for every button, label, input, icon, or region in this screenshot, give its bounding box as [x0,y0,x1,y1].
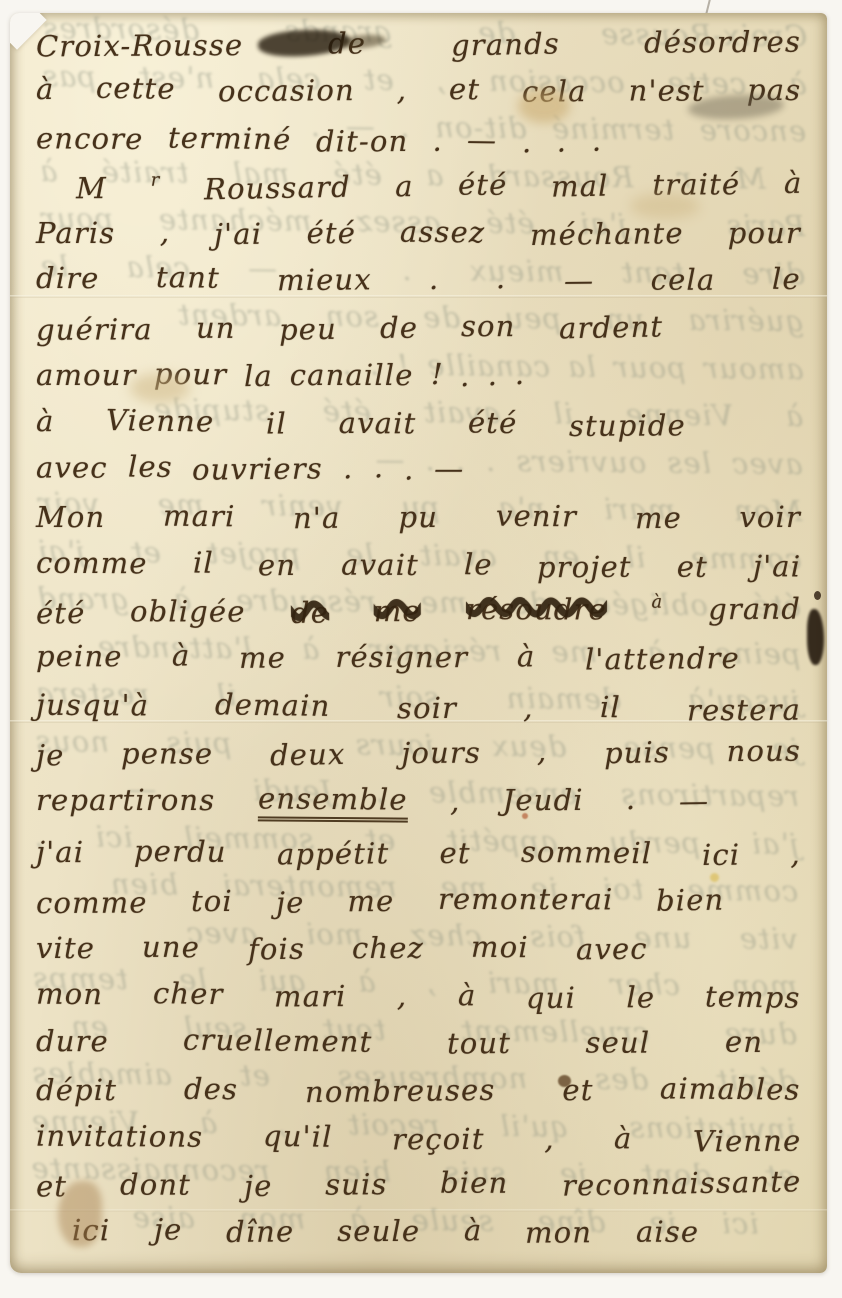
text-run: , [523,690,534,724]
text-run: je [275,885,304,920]
text-run: qui [526,981,576,1015]
text-run: le [463,547,492,581]
text-run: bien [656,882,725,917]
text-run: j'ai [753,549,802,584]
text-run: , [791,836,801,870]
text-run: mon [525,1215,592,1250]
text-run: pu [398,500,438,534]
ink-spot [522,813,528,819]
text-run: cela [651,263,716,297]
text-run: dit-on [316,124,409,159]
text-run: . [460,359,471,393]
foxing-spot [710,873,719,882]
text-run: ouvriers [192,452,323,487]
text-run: Vienne [106,403,215,439]
text-run: aise [636,1214,699,1248]
foxing-stain [130,373,190,403]
text-run: cette [96,71,176,106]
text-run: , [450,784,461,818]
text-run: et [439,836,470,870]
text-run: à [614,1121,633,1155]
text-run: encore [36,121,144,156]
letter-line: icijedîneseuleàmonaise [72,1213,699,1249]
text-run: je [244,1169,273,1204]
letter-line: jusqu'àdemainsoir,ilrestera [36,687,801,726]
text-run: . [557,124,568,158]
text-run: à [457,978,476,1012]
text-run: cher [153,976,224,1011]
letter-line: àcetteoccasion,etcelan'estpas [36,72,801,108]
text-run: — [434,452,464,486]
text-run: dire [36,261,100,295]
text-run: a [395,169,414,203]
text-run: suis [325,1168,388,1202]
text-run: des [184,1072,238,1106]
text-run: . [429,262,439,296]
text-run: terminé [168,120,292,156]
text-run: . [522,125,533,159]
text-run: aimables [660,1071,801,1106]
text-run: grand [708,592,801,627]
text-run: ardent [559,309,664,345]
text-run: me [347,884,394,918]
text-run: appétit [277,836,390,871]
text-run: été [468,406,518,441]
text-run: repartirons [36,783,215,817]
text-run: me [374,594,421,628]
text-run: il [266,407,287,441]
text-run: . [432,123,443,157]
text-run: — [563,264,593,298]
text-run: assez [400,215,486,250]
text-run: dépit [36,1073,117,1107]
text-run: été [36,596,86,630]
text-run: , [397,979,408,1013]
text-run: nous [726,734,801,768]
text-run: je [153,1212,182,1246]
text-run: . [591,123,602,157]
letter-line: Paris,j'aiétéassezméchantepour [36,216,801,250]
text-run: mari [163,498,236,533]
letter-line: viteunefoischezmoiavec [36,931,648,965]
text-run: deux [269,737,345,772]
letter-line: amourpourlacanaille!... [36,358,526,392]
letter-line: peineàmerésigneràl'attendre [36,640,740,676]
text-run: je [36,738,65,772]
text-run: avait [341,547,419,581]
letter-line: etdontjesuisbienreconnaissante [36,1165,801,1204]
text-run: de [380,310,418,344]
text-run: pour [728,216,801,250]
text-run: Paris [36,216,115,250]
text-run: peine [36,640,123,674]
edge-ink-stain [814,591,821,600]
letter-line: guériraunpeudesonardent [36,309,663,347]
text-run: à [463,1213,482,1247]
text-run: ensemble [258,782,408,823]
text-run: à [36,72,55,106]
text-run: demain [215,687,331,723]
text-run: . [343,452,353,486]
letter-line: Croix-Roussedegrandsdésordres [36,25,801,64]
text-run: me [239,641,286,675]
text-run: en [258,548,296,582]
text-run: projet [537,550,632,585]
text-run: avec [36,451,108,485]
text-run: jours [401,736,481,770]
text-run: à [651,592,663,613]
text-run: pense [121,736,213,770]
text-run: , [544,1122,555,1156]
text-run: . [373,451,384,485]
text-run: , [397,73,407,107]
text-run: été [307,216,356,250]
text-run: restera [687,692,801,727]
text-run: bien [440,1166,508,1200]
text-run: résigner [335,640,468,674]
letter-line: Monmarin'apuvenirmevoir [36,500,801,534]
foxing-stain [58,1181,102,1247]
text-run: . [488,358,498,392]
text-run: à [172,639,191,673]
text-run: guérira [36,312,153,347]
text-run: à [517,640,536,674]
text-run: qu'il [263,1119,333,1154]
letter-line: jepensedeuxjours,puisnous [36,734,801,773]
text-run: obligée [130,594,246,628]
text-run: M [76,171,107,205]
text-run: jusqu'à [36,687,149,722]
text-run: il [600,690,621,724]
text-run: à [36,404,55,438]
text-run: peu [279,311,338,346]
letter-line: étéobligéedemerésoudreàgrand [36,592,801,631]
text-run: et [677,550,708,584]
text-run: Croix-Rousse [36,28,243,63]
text-run: Roussard [204,169,351,206]
text-run: l'attendre [585,641,740,676]
text-run: comme [36,546,148,581]
text-run: ici [702,837,741,871]
letter-line: encoreterminédit-on.—... [36,121,602,158]
text-run: cruellement [183,1022,373,1058]
text-run: reconnaissante [561,1165,801,1203]
letter-line: repartironsensemble,Jeudi.— [36,783,709,823]
text-run: en [724,1024,763,1058]
text-run: avec [576,932,648,967]
text-run: Jeudi [503,783,584,817]
text-run: . [404,453,415,487]
text-run: r [151,170,161,191]
text-run: . [626,782,637,816]
text-run: toi [191,884,233,918]
text-run: perdu [134,833,227,868]
text-run: canaille [290,358,414,392]
text-run: et [449,72,481,106]
text-run: Vienne [692,1124,801,1159]
text-run: méchante [530,216,684,252]
text-run: amour [36,358,137,392]
text-run: venir [496,498,577,533]
text-run: — [679,784,710,818]
text-run: il [192,545,213,579]
text-run: comme [36,885,148,920]
text-run: nombreuses [305,1073,496,1109]
letter-line: monchermari,àquiletemps [36,977,801,1016]
text-run: invitations [36,1119,203,1154]
letter-line: j'aiperduappétitetsommeilici, [36,835,801,871]
letter-line: commeilenavaitleprojetetj'ai [36,546,801,585]
text-run: mari [274,979,347,1013]
text-run: voir [739,500,801,534]
letter-line: commetoijemeremonteraibien [36,882,725,920]
text-run: une [142,930,200,965]
text-run: un [196,310,236,344]
text-run: à [784,166,803,200]
text-run: le [626,981,655,1015]
text-run: les [127,450,172,485]
text-run: vite [36,931,95,965]
text-run: j'ai [36,835,84,869]
text-run: seul [586,1025,651,1059]
text-run: dure [36,1024,109,1058]
text-run: mal [551,168,609,203]
text-run: son [461,309,516,343]
text-run: chez [352,931,424,965]
letter-line: dépitdesnombreusesetaimables [36,1073,801,1107]
text-run: grands [450,26,559,62]
text-run: , [159,215,170,249]
letter-scan: Croix-Roussedegrandsdésordresàcetteoccas… [0,0,842,1298]
text-run: dîne [225,1214,294,1249]
text-run: Mon [36,500,105,534]
text-run: résoudre [466,592,607,626]
foxing-stain [630,193,700,219]
text-run: de [291,596,330,631]
text-run: j'ai [214,217,263,252]
text-run: — [467,122,498,156]
text-run: stupide [569,408,686,443]
text-run: sommeil [521,834,653,869]
letter-line: diretantmieux..—celale [36,261,801,297]
text-run: mieux [277,263,372,298]
text-run: moi [471,930,529,965]
text-run: n'a [293,500,341,535]
text-run: avait [339,406,417,440]
text-run: désordres [644,25,801,60]
text-run: la [244,359,273,393]
text-run: tout [447,1025,511,1060]
edge-ink-stain [807,609,824,665]
text-run: remonterai [437,882,613,916]
text-run: soir [397,691,457,725]
text-run: seule [337,1214,420,1248]
text-run: . [515,357,526,391]
text-run: été [457,167,507,201]
letter-page: Croix-Roussedegrandsdésordresàcetteoccas… [10,13,827,1273]
text-run: mon [36,977,103,1011]
text-run: , [537,734,547,768]
text-run: me [634,500,681,535]
text-run: ! [430,357,443,391]
letter-line: àVienneilavaitétéstupide [36,404,686,442]
foxing-stain [518,89,570,123]
text-run: le [772,262,801,296]
ink-spot [558,1075,571,1087]
letter-line: aveclesouvriers...— [36,451,464,486]
text-run: occasion [218,73,355,108]
text-run: dont [120,1168,191,1202]
text-run: fois [247,932,304,967]
text-run: . [496,261,507,295]
letter-line: durecruellementtoutseulen [36,1024,763,1060]
letter-line: invitationsqu'ilreçoit,àVienne [36,1119,801,1158]
text-run: tant [156,260,220,295]
text-run: puis [604,735,671,770]
text-run: temps [705,980,801,1015]
text-run: reçoit [392,1122,485,1157]
